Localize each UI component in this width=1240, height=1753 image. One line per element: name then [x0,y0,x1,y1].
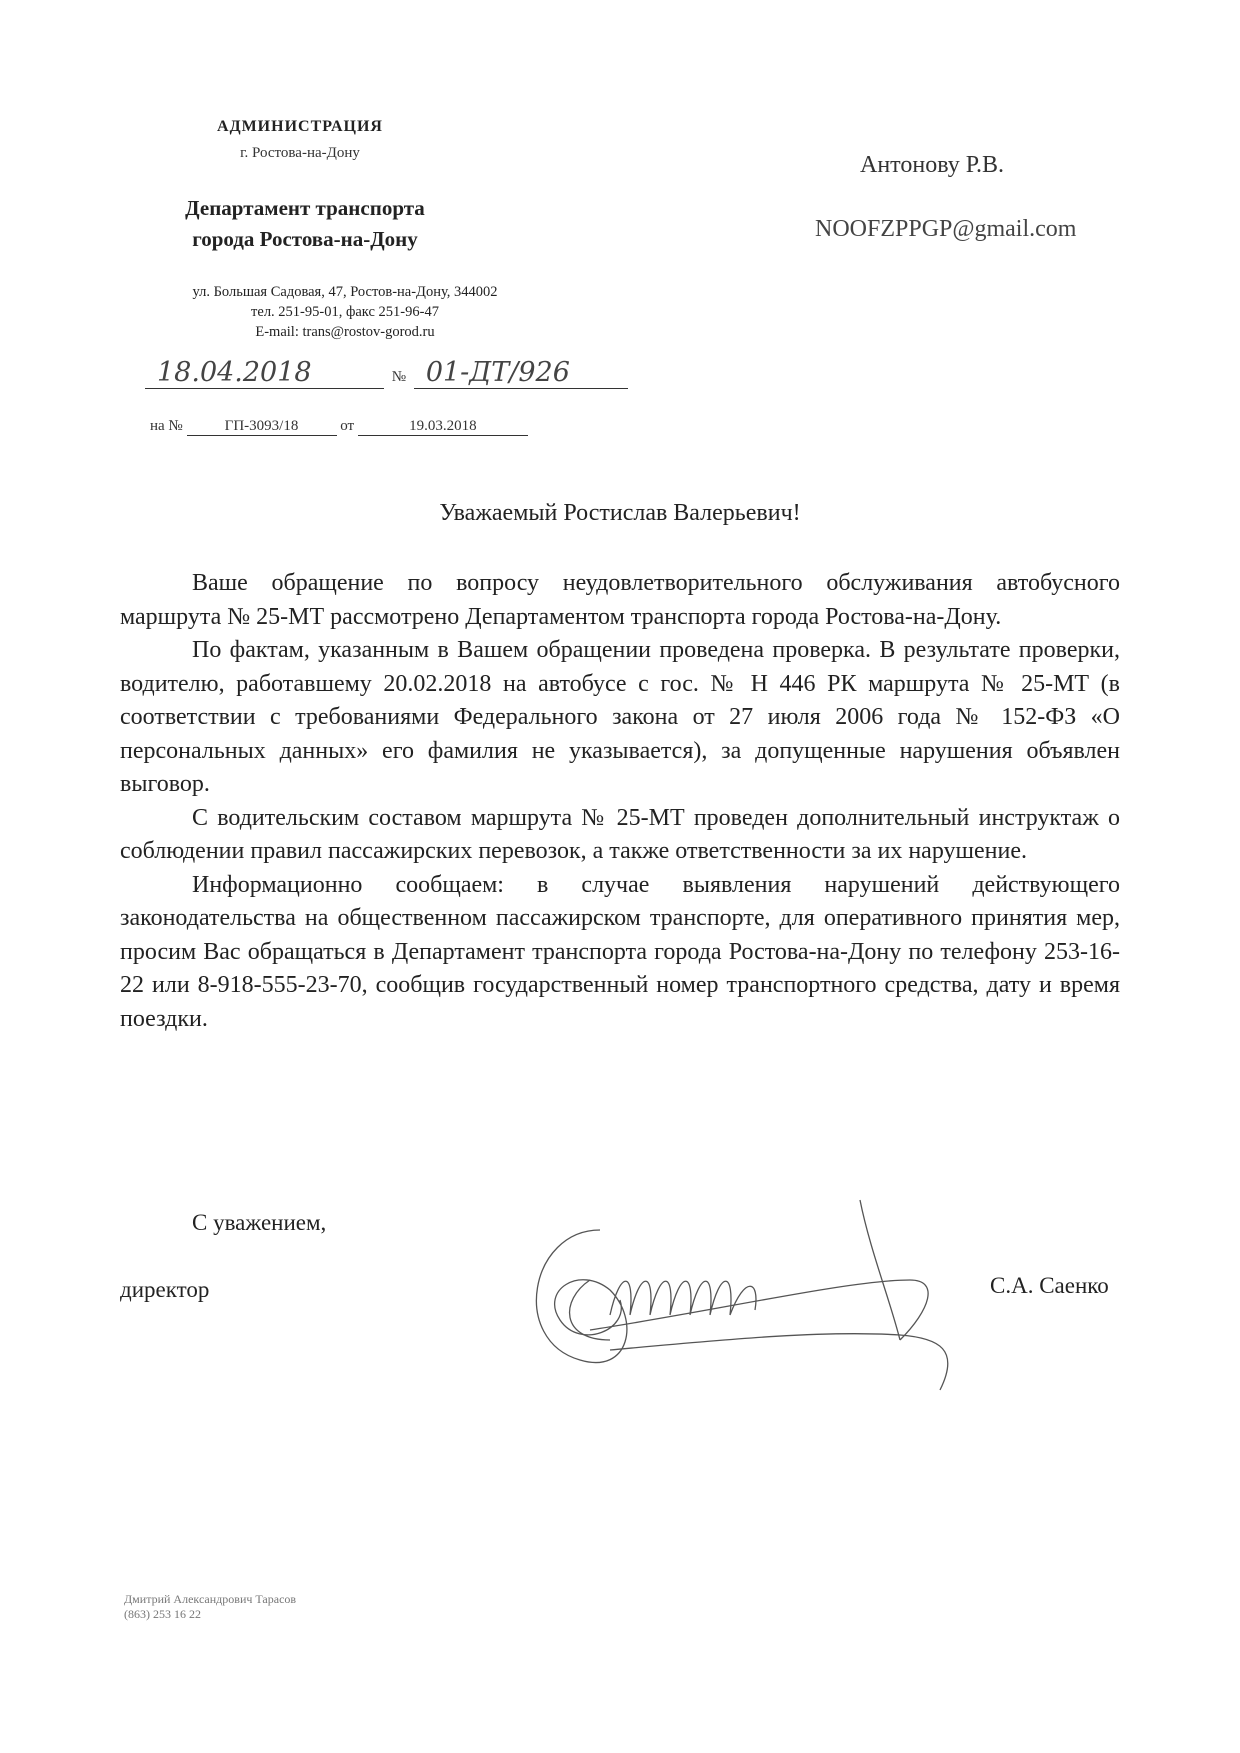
paragraph-4: Информационно сообщаем: в случае выявлен… [120,869,1120,1037]
department-line-1: Департамент транспорта [110,193,500,224]
closing: С уважением, [192,1210,326,1236]
registration-line: 18.04.2018 № 01-ДТ/926 [145,357,628,389]
letterhead-city: г. Ростова-на-Дону [130,145,470,162]
recipient-name: Антонову Р.В. [860,152,1004,179]
reference-number: ГП-3093/18 [187,418,337,436]
reference-from-label: от [340,418,354,434]
reference-date: 19.03.2018 [358,418,528,436]
executor-phone: (863) 253 16 22 [124,1607,296,1622]
paragraph-2: По фактам, указанным в Вашем обращении п… [120,634,1120,802]
executor-name: Дмитрий Александрович Тарасов [124,1592,296,1607]
letter-body: Ваше обращение по вопросу неудовлетворит… [120,567,1120,1036]
reference-line: на № ГП-3093/18 от 19.03.2018 [150,418,528,436]
signer-position: директор [120,1277,209,1303]
letterhead-phone-fax: тел. 251-95-01, факс 251-96-47 [110,302,580,322]
registration-number-label: № [392,369,406,385]
salutation: Уважаемый Ростислав Валерьевич! [0,500,1240,527]
signature-icon [520,1190,1040,1400]
registration-date: 18.04.2018 [145,357,384,389]
paragraph-1: Ваше обращение по вопросу неудовлетворит… [120,567,1120,634]
letterhead-organization: АДМИНИСТРАЦИЯ [130,118,470,136]
signer-name: С.А. Саенко [990,1273,1109,1299]
letterhead-email: E-mail: trans@rostov-gorod.ru [110,322,580,342]
department-line-2: города Ростова-на-Дону [110,224,500,255]
executor-info: Дмитрий Александрович Тарасов (863) 253 … [124,1592,296,1622]
letterhead-address: ул. Большая Садовая, 47, Ростов-на-Дону,… [110,282,580,302]
letterhead-department: Департамент транспорта города Ростова-на… [110,193,500,255]
letterhead-contacts: ул. Большая Садовая, 47, Ростов-на-Дону,… [110,282,580,342]
reference-prefix: на № [150,418,183,434]
recipient-email: NOOFZPPGP@gmail.com [815,216,1076,243]
registration-number: 01-ДТ/926 [414,357,628,389]
paragraph-3: С водительским составом маршрута № 25-МТ… [120,802,1120,869]
